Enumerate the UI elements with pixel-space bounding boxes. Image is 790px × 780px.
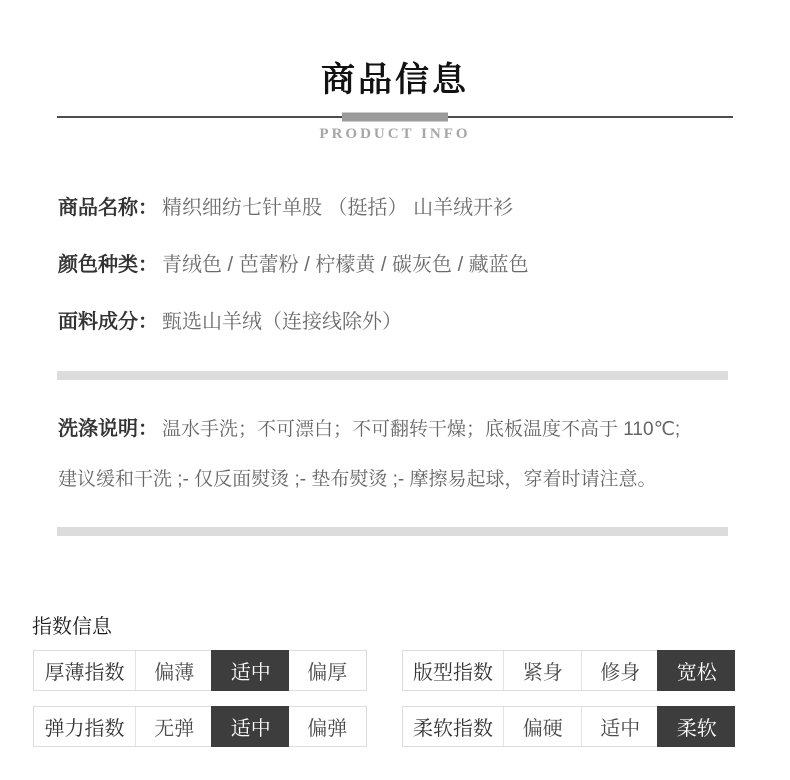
index-label: 厚薄指数 (34, 651, 135, 690)
wash-text-1: 温水手洗；不可漂白；不可翻转干燥；底板温度不高于 110℃; (162, 419, 680, 440)
title-divider-line (57, 116, 733, 118)
wash-line-2: 建议缓和干洗 ;- 仅反面熨烫 ;- 垫布熨烫 ;- 摩擦易起球，穿着时请注意。 (58, 466, 732, 494)
index-option: 紧身 (503, 651, 581, 690)
index-option: 修身 (581, 651, 659, 690)
spec-row-product-name: 商品名称：精织细纺七针单股 （挺括） 山羊绒开衫 (58, 194, 735, 222)
index-option: 适中 (211, 706, 289, 747)
index-table-elasticity: 弹力指数 无弹 适中 偏弹 (33, 706, 367, 747)
spec-label: 面料成分： (58, 311, 158, 333)
index-option: 适中 (211, 650, 289, 691)
wash-instructions: 洗涤说明：温水手洗；不可漂白；不可翻转干燥；底板温度不高于 110℃; 建议缓和… (58, 415, 732, 494)
spec-row-fabric: 面料成分：甄选山羊绒（连接线除外） (58, 308, 735, 336)
product-specs: 商品名称：精织细纺七针单股 （挺括） 山羊绒开衫 颜色种类：青绒色 / 芭蕾粉 … (58, 194, 735, 336)
page-title: 商品信息 (0, 0, 790, 101)
index-option: 偏硬 (503, 707, 581, 746)
index-table-fit: 版型指数 紧身 修身 宽松 (402, 650, 736, 691)
index-option: 柔软 (657, 706, 735, 747)
index-tables-grid: 厚薄指数 偏薄 适中 偏厚 版型指数 紧身 修身 宽松 弹力指数 无弹 适中 偏… (33, 650, 735, 747)
spec-row-colors: 颜色种类：青绒色 / 芭蕾粉 / 柠檬黄 / 碳灰色 / 藏蓝色 (58, 251, 735, 279)
index-option: 无弹 (135, 707, 213, 746)
index-option: 偏薄 (135, 651, 213, 690)
index-label: 弹力指数 (34, 707, 135, 746)
index-option: 宽松 (657, 650, 735, 691)
index-table-softness: 柔软指数 偏硬 适中 柔软 (402, 706, 736, 747)
spec-value: 甄选山羊绒（连接线除外） (162, 311, 402, 333)
page-header: 商品信息 PRODUCT INFO (0, 0, 790, 143)
index-option: 适中 (581, 707, 659, 746)
page-subtitle: PRODUCT INFO (0, 126, 790, 143)
index-table-thickness: 厚薄指数 偏薄 适中 偏厚 (33, 650, 367, 691)
wash-label: 洗涤说明： (58, 418, 158, 440)
product-info-page: 商品信息 PRODUCT INFO 商品名称：精织细纺七针单股 （挺括） 山羊绒… (0, 0, 790, 780)
spec-value: 精织细纺七针单股 （挺括） 山羊绒开衫 (162, 197, 513, 219)
index-option: 偏弹 (288, 707, 366, 746)
section-divider-bar (57, 527, 728, 536)
title-divider-accent (342, 113, 448, 122)
spec-label: 颜色种类： (58, 254, 158, 276)
section-divider-bar (57, 371, 728, 380)
index-label: 柔软指数 (403, 707, 504, 746)
wash-line-1: 洗涤说明：温水手洗；不可漂白；不可翻转干燥；底板温度不高于 110℃; (58, 415, 732, 444)
index-section-heading: 指数信息 (32, 610, 790, 639)
spec-label: 商品名称： (58, 197, 158, 219)
index-option: 偏厚 (288, 651, 366, 690)
index-label: 版型指数 (403, 651, 504, 690)
spec-value: 青绒色 / 芭蕾粉 / 柠檬黄 / 碳灰色 / 藏蓝色 (162, 254, 529, 276)
